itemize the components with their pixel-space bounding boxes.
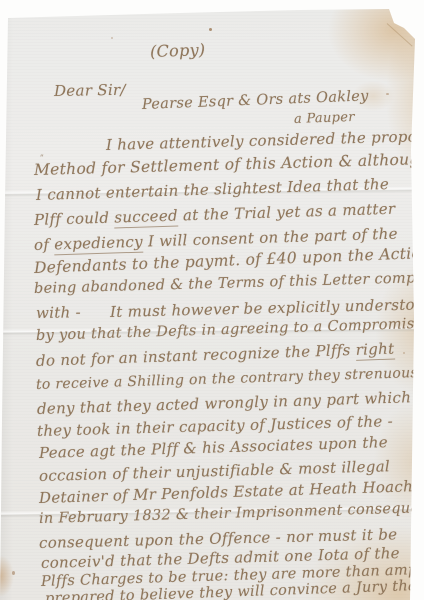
case-reference-sub: a Pauper <box>294 110 355 127</box>
handwritten-line: do not for an instant recognize the Plff… <box>36 339 395 370</box>
underlined-word: expediency <box>54 233 143 256</box>
underlined-word: succeed <box>114 206 178 228</box>
letter-paper: (Copy) Dear Sir/ Pearse Esqr & Ors ats O… <box>0 0 424 600</box>
letter-photograph: (Copy) Dear Sir/ Pearse Esqr & Ors ats O… <box>0 0 424 600</box>
handwritten-line: I have attentively considered the propos… <box>106 127 424 154</box>
handwritten-line: Plff could succeed at the Trial yet as a… <box>34 200 396 229</box>
handwritten-line: with - <box>36 303 81 322</box>
handwritten-line: I cannot entertain the slightest Idea th… <box>36 175 390 204</box>
salutation: Dear Sir/ <box>54 81 126 100</box>
copy-label: (Copy) <box>150 40 206 61</box>
letter-text: (Copy) Dear Sir/ Pearse Esqr & Ors ats O… <box>0 0 424 600</box>
underlined-word: right <box>355 339 394 360</box>
case-reference: Pearse Esqr & Ors ats Oakley <box>142 88 369 113</box>
